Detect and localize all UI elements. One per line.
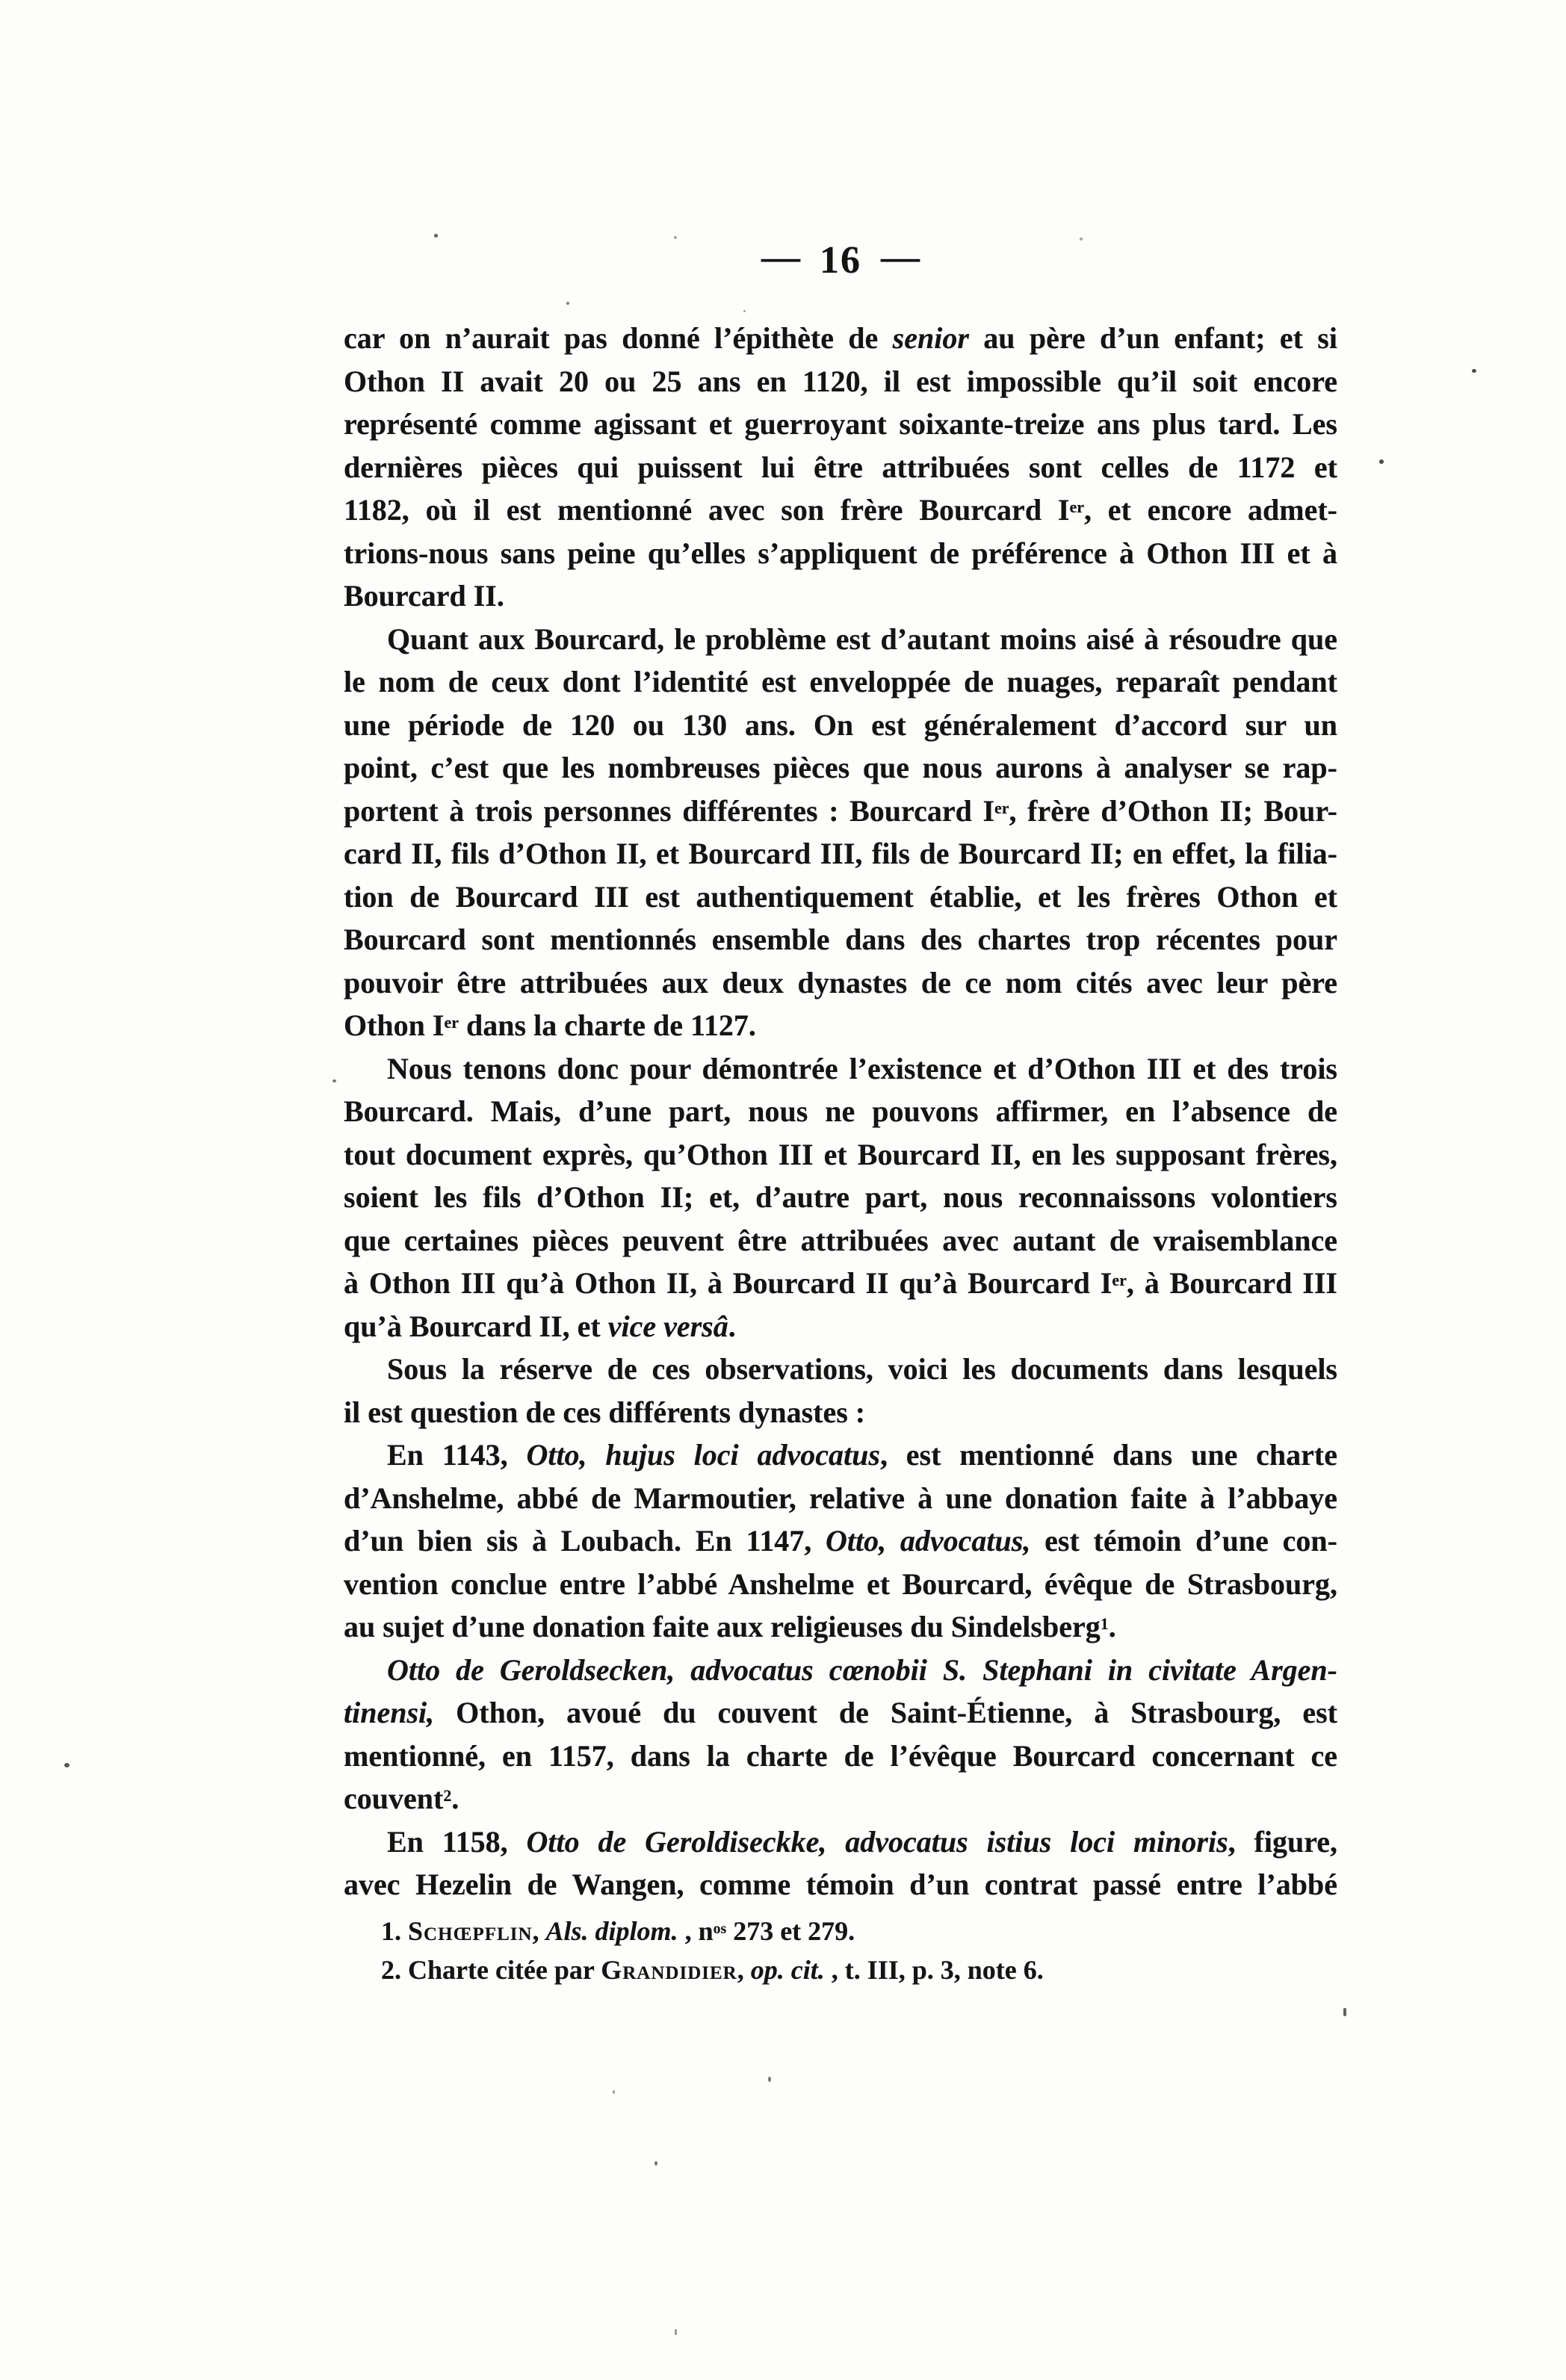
text-segment: , n xyxy=(678,1916,714,1946)
text-segment: senior xyxy=(893,321,969,355)
text-line: qu’à Bourcard II, et vice versâ. xyxy=(344,1305,1337,1348)
text-line: card II, fils d’Othon II, et Bourcard II… xyxy=(344,832,1337,876)
text-segment: vention conclue entre l’abbé Anshelme et… xyxy=(344,1567,1337,1601)
text-segment: d’Anshelme, abbé de Marmoutier, relative… xyxy=(344,1481,1337,1515)
text-segment: mentionné, en 1157, dans la charte de l’… xyxy=(344,1739,1337,1773)
text-segment: Nous tenons donc pour démontrée l’existe… xyxy=(387,1052,1337,1085)
text-line: que certaines pièces peuvent être attrib… xyxy=(344,1219,1337,1262)
text-line: En 1158, Otto de Geroldiseckke, advocatu… xyxy=(344,1820,1337,1864)
text-line: car on n’aurait pas donné l’épithète de … xyxy=(344,317,1337,360)
text-segment: tout document exprès, qu’Othon III et Bo… xyxy=(344,1138,1337,1171)
scan-speck xyxy=(1080,238,1083,241)
scan-speck xyxy=(675,2329,677,2335)
scan-speck xyxy=(743,310,746,312)
header-dash-left: — xyxy=(761,236,800,279)
text-line: Quant aux Bourcard, le problème est d’au… xyxy=(344,618,1337,661)
text-segment: Bourcard. Mais, d’une part, nous ne pouv… xyxy=(344,1094,1337,1128)
footnotes: 1. Schœpflin, Als. diplom. , nos 273 et … xyxy=(344,1914,1337,1987)
text-line: Bourcard. Mais, d’une part, nous ne pouv… xyxy=(344,1090,1337,1133)
text-line: à Othon III qu’à Othon II, à Bourcard II… xyxy=(344,1262,1337,1305)
text-line: représenté comme agissant et guerroyant … xyxy=(344,403,1337,446)
scan-speck xyxy=(674,236,677,239)
text-segment: tinensi, xyxy=(344,1696,434,1729)
text-segment: il est question de ces différents dynast… xyxy=(344,1395,865,1429)
superscript: 1 xyxy=(1101,1614,1109,1633)
text-line: vention conclue entre l’abbé Anshelme et… xyxy=(344,1563,1337,1606)
text-segment: Bourcard sont mentionnés ensemble dans d… xyxy=(344,923,1337,956)
text-line: d’Anshelme, abbé de Marmoutier, relative… xyxy=(344,1477,1337,1520)
footnote-line: 1. Schœpflin, Als. diplom. , nos 273 et … xyxy=(344,1914,1337,1953)
text-line: dernières pièces qui puissent lui être a… xyxy=(344,446,1337,489)
text-segment: Othon I xyxy=(344,1008,445,1042)
text-line: une période de 120 ou 130 ans. On est gé… xyxy=(344,704,1337,747)
text-segment: En 1143, xyxy=(387,1438,526,1472)
text-segment: qu’à Bourcard II, et xyxy=(344,1310,608,1343)
text-segment: Quant aux Bourcard, le problème est d’au… xyxy=(387,622,1337,656)
text-segment: est témoin d’une con- xyxy=(1030,1524,1337,1558)
scan-speck xyxy=(1472,369,1476,373)
text-segment: Otto de Geroldiseckke, advocatus istius … xyxy=(526,1825,1228,1859)
text-segment: , et encore admet- xyxy=(1084,493,1337,527)
scan-speck xyxy=(768,2077,771,2082)
superscript: er xyxy=(1069,498,1084,516)
text-line: point, c’est que les nombreuses pièces q… xyxy=(344,746,1337,790)
superscript: er xyxy=(445,1013,459,1032)
text-line: au sujet d’une donation faite aux religi… xyxy=(344,1605,1337,1649)
text-line: avec Hezelin de Wangen, comme témoin d’u… xyxy=(344,1863,1337,1906)
text-segment: Schœpflin xyxy=(408,1916,533,1946)
text-line: tout document exprès, qu’Othon III et Bo… xyxy=(344,1133,1337,1177)
text-segment: . xyxy=(451,1782,459,1815)
page-header: —16— xyxy=(344,239,1337,282)
text-line: tinensi, Othon, avoué du couvent de Sain… xyxy=(344,1691,1337,1735)
text-segment: dernières pièces qui puissent lui être a… xyxy=(344,450,1337,484)
superscript: 2 xyxy=(443,1786,451,1805)
text-line: couvent2. xyxy=(344,1777,1337,1820)
text-line: Bourcard sont mentionnés ensemble dans d… xyxy=(344,918,1337,961)
text-segment: pouvoir être attribuées aux deux dynaste… xyxy=(344,966,1337,1000)
text-line: Sous la réserve de ces observations, voi… xyxy=(344,1348,1337,1391)
text-segment: au père d’un enfant; et si xyxy=(969,321,1337,355)
text-line: 1182, où il est mentionné avec son frère… xyxy=(344,489,1337,532)
text-segment: que certaines pièces peuvent être attrib… xyxy=(344,1224,1337,1257)
text-segment: représenté comme agissant et guerroyant … xyxy=(344,407,1337,441)
text-segment: soient les fils d’Othon II; et, d’autre … xyxy=(344,1180,1337,1214)
text-line: tion de Bourcard III est authentiquement… xyxy=(344,876,1337,919)
superscript: er xyxy=(994,799,1009,817)
text-segment: 2. Charte citée par xyxy=(381,1955,601,1985)
text-segment: , xyxy=(533,1916,546,1946)
footnote-line: 2. Charte citée par Grandidier, op. cit.… xyxy=(344,1953,1337,1987)
text-segment: d’un bien sis à Loubach. En 1147, xyxy=(344,1524,826,1558)
text-segment: point, c’est que les nombreuses pièces q… xyxy=(344,751,1337,784)
text-segment: , frère d’Othon II; Bour- xyxy=(1009,794,1337,828)
text-segment: à Othon III qu’à Othon II, à Bourcard II… xyxy=(344,1266,1112,1300)
scan-speck xyxy=(1379,459,1384,464)
text-segment: 273 et 279. xyxy=(726,1916,855,1946)
text-segment: car on n’aurait pas donné l’épithète de xyxy=(344,321,893,355)
text-segment: card II, fils d’Othon II, et Bourcard II… xyxy=(344,837,1337,870)
text-segment: portent à trois personnes différentes : … xyxy=(344,794,994,828)
text-line: Othon Ier dans la charte de 1127. xyxy=(344,1004,1337,1047)
scan-speck xyxy=(332,1079,336,1082)
text-segment: Otto, hujus loci advocatus xyxy=(526,1438,880,1472)
scan-speck xyxy=(566,302,569,305)
book-page: —16— car on n’aurait pas donné l’épithèt… xyxy=(0,0,1566,2380)
text-line: pouvoir être attribuées aux deux dynaste… xyxy=(344,961,1337,1005)
text-segment: En 1158, xyxy=(387,1825,526,1859)
text-segment: . xyxy=(728,1310,736,1343)
text-line: d’un bien sis à Loubach. En 1147, Otto, … xyxy=(344,1519,1337,1563)
header-dash-right: — xyxy=(881,236,920,279)
text-segment: 1. xyxy=(381,1916,408,1946)
text-line: soient les fils d’Othon II; et, d’autre … xyxy=(344,1176,1337,1219)
text-segment: au sujet d’une donation faite aux religi… xyxy=(344,1610,1101,1643)
text-segment: , à Bourcard III xyxy=(1127,1266,1337,1300)
scan-speck xyxy=(1343,2008,1346,2016)
text-segment: le nom de ceux dont l’identité est envel… xyxy=(344,665,1337,698)
text-line: Bourcard II. xyxy=(344,574,1337,618)
text-segment: Grandidier xyxy=(601,1955,737,1985)
text-segment: Othon II avait 20 ou 25 ans en 1120, il … xyxy=(344,365,1337,398)
text-segment: avec Hezelin de Wangen, comme témoin d’u… xyxy=(344,1868,1337,1901)
text-segment: 1182, où il est mentionné avec son frère… xyxy=(344,493,1069,527)
text-segment: vice versâ xyxy=(608,1310,728,1343)
text-segment: Sous la réserve de ces observations, voi… xyxy=(387,1352,1337,1386)
text-segment: Otto de Geroldsecken, advocatus cœnobii … xyxy=(387,1653,1337,1687)
text-segment: Otto, advocatus, xyxy=(826,1524,1030,1558)
text-segment: Als. diplom. xyxy=(546,1916,678,1946)
text-segment: Othon, avoué du couvent de Saint-Étienne… xyxy=(434,1696,1337,1729)
text-segment: trions-nous sans peine qu’elles s’appliq… xyxy=(344,536,1337,570)
text-line: trions-nous sans peine qu’elles s’appliq… xyxy=(344,532,1337,575)
scan-speck xyxy=(434,234,438,238)
text-line: Othon II avait 20 ou 25 ans en 1120, il … xyxy=(344,360,1337,403)
text-segment: op. cit. xyxy=(751,1955,825,1985)
text-segment: couvent xyxy=(344,1782,443,1815)
text-segment: , est mentionné dans une charte xyxy=(880,1438,1337,1472)
text-segment: . xyxy=(1109,1610,1116,1643)
text-segment: , t. III, p. 3, note 6. xyxy=(825,1955,1044,1985)
text-segment: tion de Bourcard III est authentiquement… xyxy=(344,880,1337,914)
text-line: il est question de ces différents dynast… xyxy=(344,1391,1337,1434)
text-segment: Bourcard II. xyxy=(344,579,504,613)
scan-speck xyxy=(64,1763,69,1767)
text-line: portent à trois personnes différentes : … xyxy=(344,790,1337,833)
text-line: Otto de Geroldsecken, advocatus cœnobii … xyxy=(344,1649,1337,1692)
page-number: 16 xyxy=(820,239,861,282)
superscript: er xyxy=(1112,1271,1127,1289)
text-line: En 1143, Otto, hujus loci advocatus, est… xyxy=(344,1434,1337,1477)
text-line: mentionné, en 1157, dans la charte de l’… xyxy=(344,1735,1337,1778)
text-segment: , figure, xyxy=(1228,1825,1337,1859)
superscript: os xyxy=(714,1921,727,1937)
text-line: le nom de ceux dont l’identité est envel… xyxy=(344,660,1337,704)
text-segment: une période de 120 ou 130 ans. On est gé… xyxy=(344,708,1337,742)
text-segment: , xyxy=(737,1955,751,1985)
scan-speck xyxy=(613,2090,615,2094)
text-line: Nous tenons donc pour démontrée l’existe… xyxy=(344,1047,1337,1091)
text-segment: dans la charte de 1127. xyxy=(459,1008,756,1042)
scan-speck xyxy=(654,2161,657,2166)
page-body-text: car on n’aurait pas donné l’épithète de … xyxy=(344,317,1337,1906)
